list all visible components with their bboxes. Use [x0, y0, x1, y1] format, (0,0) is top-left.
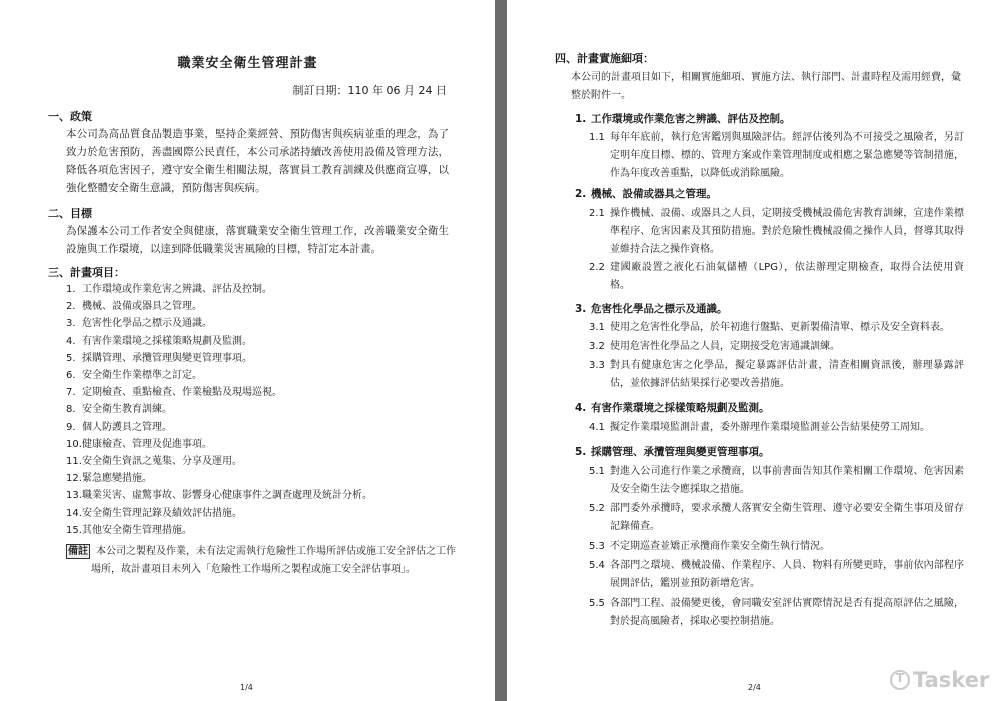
sub-item-3-1: 3.1使用之危害性化學品，於年初進行盤點、更新製備清單、標示及安全資料表。	[589, 319, 964, 337]
sub-item-3-2: 3.2使用危害性化學品之人員，定期接受危害通識訓練。	[589, 338, 964, 356]
implementation-item-2: 2.機械、設備或器具之管理。	[575, 186, 717, 201]
objective-paragraph: 為保護本公司工作者安全與健康，落實職業安全衛生管理工作，改善職業安全衛生設施與工…	[66, 222, 449, 258]
sub-item-5-2: 5.2部門委外承攬時，要求承攬人落實安全衛生管理、遵守必要安全衛生事項及留存記錄…	[589, 500, 964, 536]
remark-note: 備註本公司之製程及作業，未有法定需執行危險性工作場所評估或施工安全評估之工作 場…	[66, 543, 466, 579]
document-title: 職業安全衛生管理計畫	[0, 52, 495, 71]
plan-item: 4.有害作業環境之採樣策略規劃及監測。	[66, 333, 372, 350]
plan-item: 15.其他安全衛生管理措施。	[66, 522, 372, 539]
sub-item-5-1: 5.1對進入公司進行作業之承攬商，以事前書面告知其作業相關工作環境、危害因素及安…	[589, 463, 964, 499]
watermark-text: Tasker	[913, 668, 989, 692]
document-page-1: 職業安全衛生管理計畫 制訂日期：110 年 06 月 24 日 一、政策 本公司…	[0, 0, 495, 701]
implementation-intro: 本公司的計畫項目如下，相關實施細項、實施方法、執行部門、計畫時程及需用經費，彙整…	[571, 69, 963, 105]
section-heading-policy: 一、政策	[48, 108, 92, 124]
section-heading-implementation: 四、計畫實施細項：	[555, 50, 654, 66]
plan-item: 13.職業災害、虛驚事故、影響身心健康事件之調查處理及統計分析。	[66, 487, 372, 504]
section-heading-plan-items: 三、計畫項目：	[48, 264, 125, 280]
implementation-item-4: 4.有害作業環境之採樣策略規劃及監測。	[575, 400, 770, 415]
section-heading-objective: 二、目標	[48, 205, 92, 221]
sub-item-4-1: 4.1擬定作業環境監測計畫，委外辦理作業環境監測並公告結果使勞工周知。	[589, 419, 964, 437]
plan-item: 10.健康檢查、管理及促進事項。	[66, 436, 372, 453]
revision-date: 制訂日期：110 年 06 月 24 日	[293, 82, 447, 98]
policy-paragraph: 本公司為高品質食品製造事業，堅持企業經營、預防傷害與疾病並重的理念，為了致力於危…	[66, 125, 449, 197]
sub-item-5-3: 5.3不定期巡查並矯正承攬商作業安全衛生執行情況。	[589, 538, 964, 556]
plan-item: 7.定期檢查、重點檢查、作業檢點及現場巡視。	[66, 384, 372, 401]
tasker-logo-icon	[890, 670, 910, 690]
tasker-watermark: Tasker	[890, 668, 989, 692]
plan-item: 11.安全衛生資訊之蒐集、分享及運用。	[66, 453, 372, 470]
plan-item: 2.機械、設備或器具之管理。	[66, 298, 372, 315]
plan-item: 1.工作環境或作業危害之辨識、評估及控制。	[66, 281, 372, 298]
remark-tag: 備註	[66, 544, 90, 559]
sub-item-5-4: 5.4各部門之環境、機械設備、作業程序、人員、物料有所變更時，事前依內部程序展開…	[589, 557, 964, 593]
plan-item: 8.安全衛生教育訓練。	[66, 401, 372, 418]
plan-item: 9.個人防護具之管理。	[66, 419, 372, 436]
page-number: 1/4	[240, 683, 253, 692]
plan-item: 14.安全衛生管理記錄及績效評估措施。	[66, 505, 372, 522]
sub-item-2-1: 2.1操作機械、設備、或器具之人員，定期接受機械設備危害教育訓練，宣達作業標準程…	[589, 205, 964, 259]
implementation-item-5: 5.採購管理、承攬管理與變更管理事項。	[575, 444, 770, 459]
sub-item-3-3: 3.3對具有健康危害之化學品，擬定暴露評估計畫，清查相關資訊後，辦理暴露評估，並…	[589, 357, 964, 393]
sub-item-5-5: 5.5各部門工程、設備變更後，會同職安室評估實際情況是否有提高原評估之風險，對於…	[589, 595, 964, 631]
sub-item-2-2: 2.2建國廠設置之液化石油氣儲槽（LPG），依法辦理定期檢查，取得合法使用資格。	[589, 259, 964, 295]
sub-item-1-1: 1.1每年年底前，執行危害鑑別與風險評估。經評估後列為不可接受之風險者，另訂定明…	[589, 129, 964, 183]
implementation-item-1: 1.工作環境或作業危害之辨識、評估及控制。	[575, 111, 791, 126]
page-divider	[495, 0, 507, 701]
plan-item: 6.安全衛生作業標準之訂定。	[66, 367, 372, 384]
implementation-item-3: 3.危害性化學品之標示及通識。	[575, 301, 728, 316]
plan-item: 5.採購管理、承攬管理與變更管理事項。	[66, 350, 372, 367]
plan-item: 12.緊急應變措施。	[66, 470, 372, 487]
page-number: 2/4	[748, 683, 761, 692]
plan-items-list: 1.工作環境或作業危害之辨識、評估及控制。 2.機械、設備或器具之管理。 3.危…	[66, 281, 372, 539]
plan-item: 3.危害性化學品之標示及通識。	[66, 315, 372, 332]
